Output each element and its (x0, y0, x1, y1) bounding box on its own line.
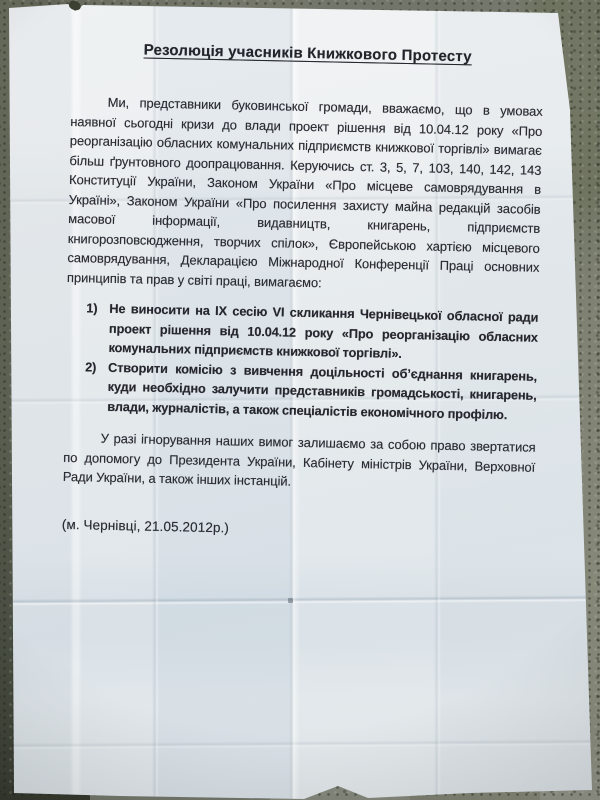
fold-intersection-mark (288, 598, 293, 603)
document-content: Резолюція учасників Книжкового Протесту … (62, 40, 544, 541)
closing-paragraph: У разі ігнорування наших вимог залишаємо… (63, 428, 536, 496)
demand-text: Створити комісію з вивчення доцільності … (107, 357, 537, 424)
paper-document: Резолюція учасників Книжкового Протесту … (0, 0, 600, 800)
dateline: (м. Чернівці, 21.05.2012р.) (62, 516, 534, 541)
demand-number: 2) (84, 357, 108, 416)
photo-scene: Резолюція учасників Книжкового Протесту … (0, 0, 600, 800)
demand-text: Не виносити на IX сесію VI скликання Чер… (108, 299, 538, 366)
document-title: Резолюція учасників Книжкового Протесту (72, 40, 544, 67)
preamble-paragraph: Ми, представники буковинської громади, в… (67, 92, 543, 297)
demand-number: 1) (85, 298, 109, 357)
demand-item-2: 2) Створити комісію з вивчення доцільнос… (84, 357, 537, 425)
demand-item-1: 1) Не виносити на IX сесію VI скликання … (85, 298, 538, 366)
demand-list: 1) Не виносити на IX сесію VI скликання … (84, 298, 538, 424)
horizontal-crease (0, 739, 600, 750)
horizontal-crease (0, 595, 600, 606)
